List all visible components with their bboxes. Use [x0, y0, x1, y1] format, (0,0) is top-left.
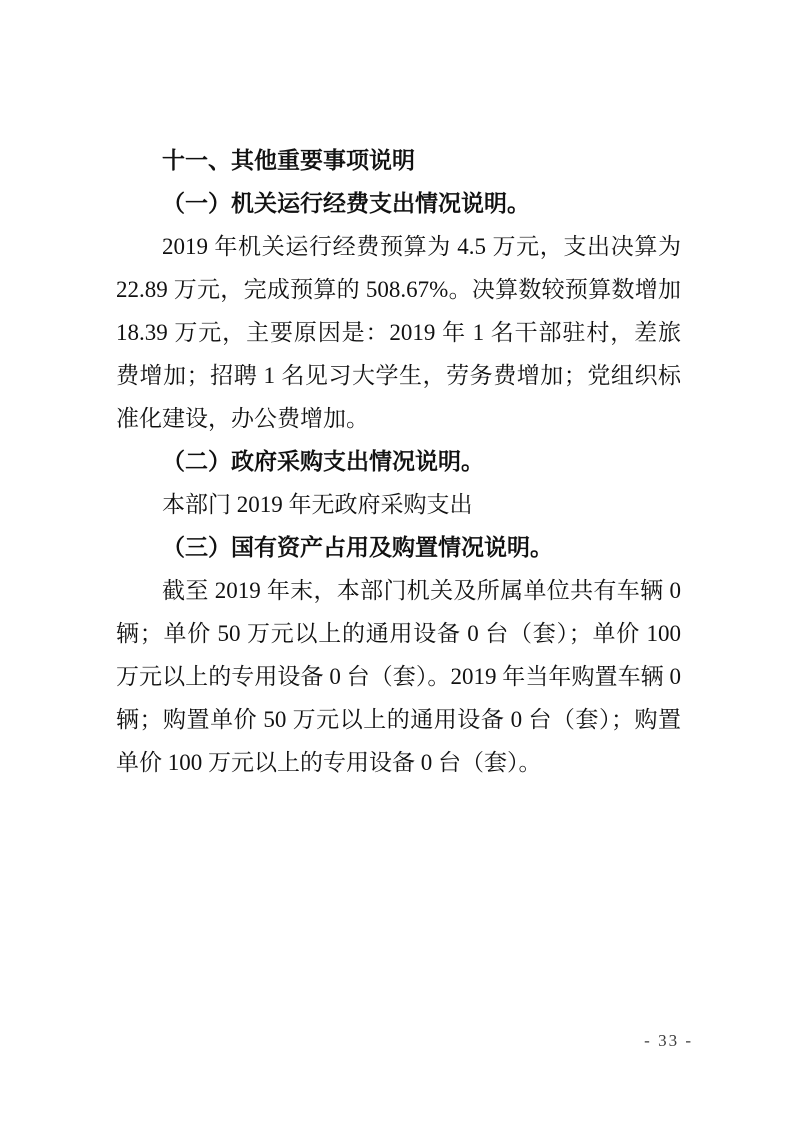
- document-page: 十一、其他重要事项说明 （一）机关运行经费支出情况说明。 2019 年机关运行经…: [0, 0, 793, 1122]
- paragraph-no-procurement: 本部门 2019 年无政府采购支出: [116, 483, 681, 526]
- subheading-state-assets: （三）国有资产占用及购置情况说明。: [116, 526, 681, 569]
- paragraph-operating-expense-detail: 2019 年机关运行经费预算为 4.5 万元，支出决算为 22.89 万元，完成…: [116, 225, 681, 440]
- subheading-government-procurement: （二）政府采购支出情况说明。: [116, 440, 681, 483]
- page-number: - 33 -: [644, 1031, 693, 1051]
- section-heading-other-important-matters: 十一、其他重要事项说明: [116, 139, 681, 182]
- document-body: 十一、其他重要事项说明 （一）机关运行经费支出情况说明。 2019 年机关运行经…: [116, 139, 681, 784]
- paragraph-state-assets-detail: 截至 2019 年末，本部门机关及所属单位共有车辆 0 辆；单价 50 万元以上…: [116, 569, 681, 784]
- subheading-agency-operating-expense: （一）机关运行经费支出情况说明。: [116, 182, 681, 225]
